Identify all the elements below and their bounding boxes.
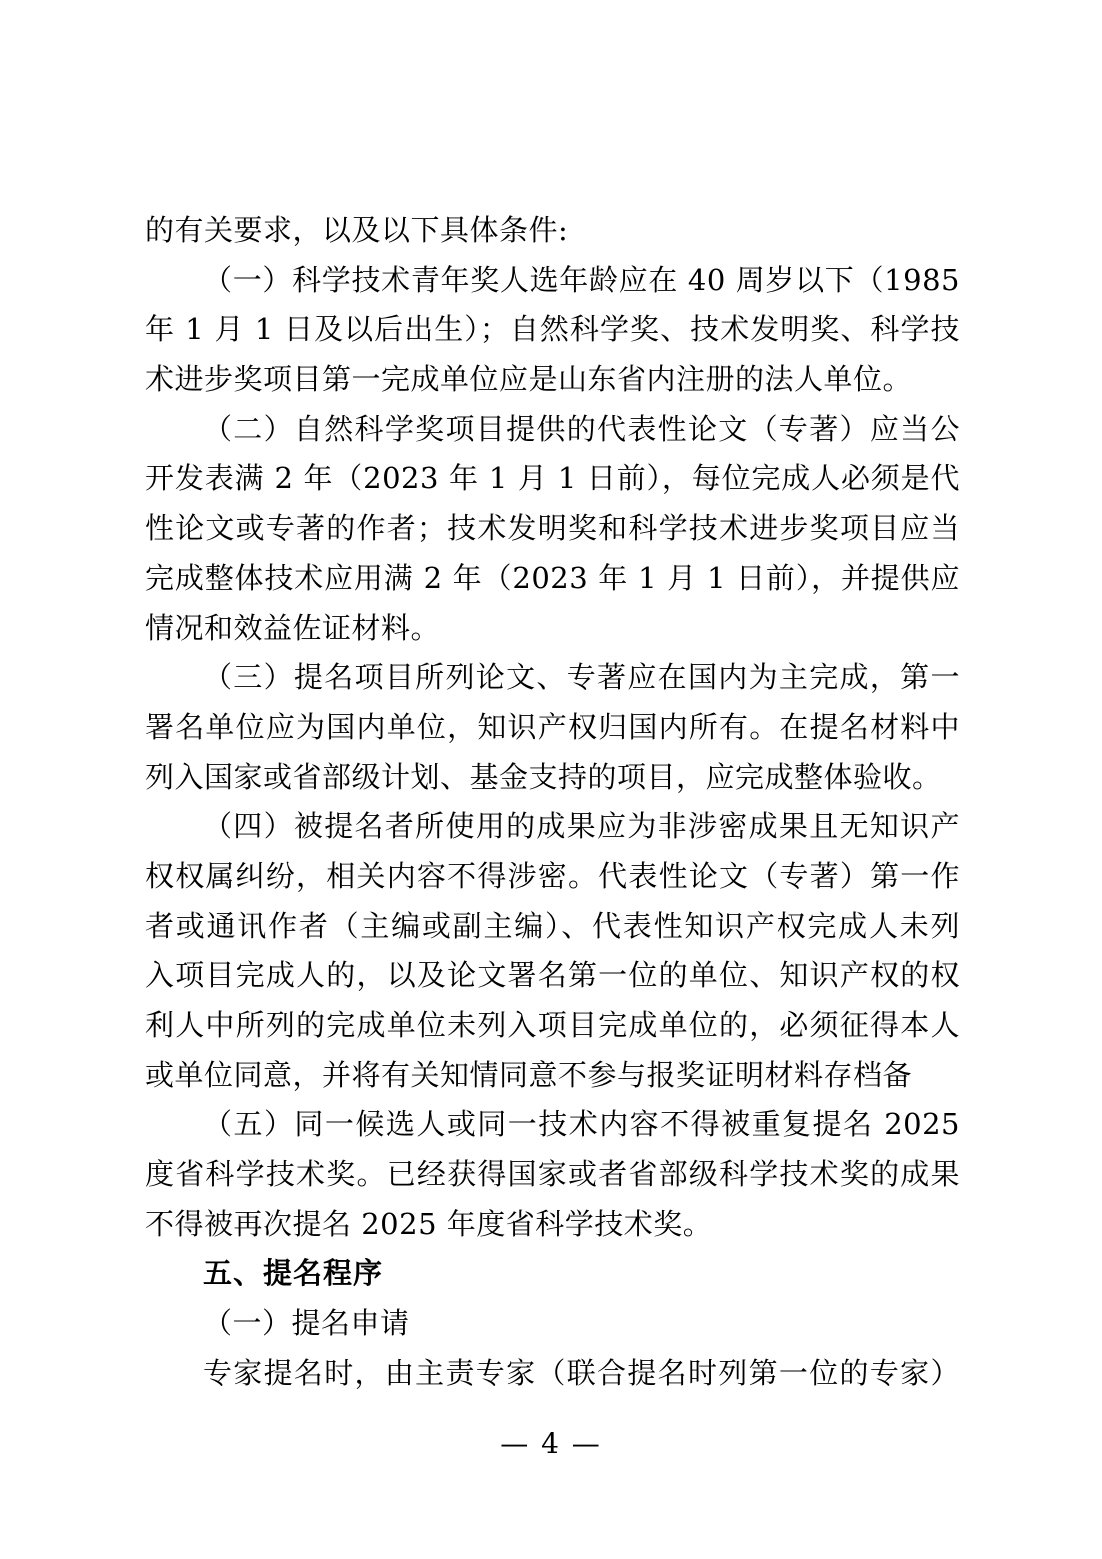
text-line: （一）提名申请 xyxy=(145,1299,960,1349)
text-line: 开发表满 2 年（2023 年 1 月 1 日前），每位完成人必须是代表 xyxy=(145,454,960,504)
text-line: 署名单位应为国内单位，知识产权归国内所有。在提名材料中 xyxy=(145,703,960,753)
text-line: 度省科学技术奖。已经获得国家或者省部级科学技术奖的成果 xyxy=(145,1150,960,1200)
text-line: 入项目完成人的，以及论文署名第一位的单位、知识产权的权 xyxy=(145,951,960,1001)
text-line: 不得被再次提名 2025 年度省科学技术奖。 xyxy=(145,1200,960,1250)
text-line: 者或通讯作者（主编或副主编）、代表性知识产权完成人未列 xyxy=(145,902,960,952)
text-line: 利人中所列的完成单位未列入项目完成单位的，必须征得本人 xyxy=(145,1001,960,1051)
section-heading: 五、提名程序 xyxy=(145,1249,960,1299)
text-line: （四）被提名者所使用的成果应为非涉密成果且无知识产 xyxy=(145,802,960,852)
text-line: 完成整体技术应用满 2 年（2023 年 1 月 1 日前），并提供应用 xyxy=(145,554,960,604)
text-line: （三）提名项目所列论文、专著应在国内为主完成，第一 xyxy=(145,653,960,703)
text-line: （一）科学技术青年奖人选年龄应在 40 周岁以下（1985 xyxy=(145,256,960,306)
text-line: （二）自然科学奖项目提供的代表性论文（专著）应当公 xyxy=(145,405,960,455)
text-line: 权权属纠纷，相关内容不得涉密。代表性论文（专著）第一作 xyxy=(145,852,960,902)
document-page: 的有关要求，以及以下具体条件: （一）科学技术青年奖人选年龄应在 40 周岁以下… xyxy=(0,0,1102,1559)
text-line: 性论文或专著的作者；技术发明奖和科学技术进步奖项目应当 xyxy=(145,504,960,554)
text-line: 列入国家或省部级计划、基金支持的项目，应完成整体验收。 xyxy=(145,753,960,803)
text-line: （五）同一候选人或同一技术内容不得被重复提名 2025 年 xyxy=(145,1100,960,1150)
text-line: 年 1 月 1 日及以后出生）；自然科学奖、技术发明奖、科学技 xyxy=(145,305,960,355)
text-line: 或单位同意，并将有关知情同意不参与报奖证明材料存档备查。 xyxy=(145,1051,960,1101)
text-line: 情况和效益佐证材料。 xyxy=(145,604,960,654)
document-body: 的有关要求，以及以下具体条件: （一）科学技术青年奖人选年龄应在 40 周岁以下… xyxy=(145,206,960,1399)
page-number: — 4 — xyxy=(0,1422,1102,1466)
text-line: 术进步奖项目第一完成单位应是山东省内注册的法人单位。 xyxy=(145,355,960,405)
text-line: 专家提名时，由主责专家（联合提名时列第一位的专家） xyxy=(145,1349,960,1399)
text-line: 的有关要求，以及以下具体条件: xyxy=(145,206,960,256)
